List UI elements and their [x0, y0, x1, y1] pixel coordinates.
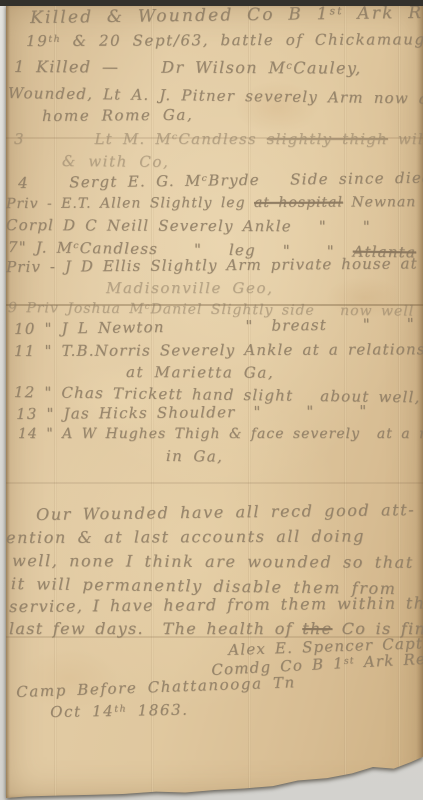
handwritten-text: Wounded, Lt A. J. Pitner severely Arm no…	[8, 84, 423, 108]
handwritten-text: Our Wounded have all recd good att-	[36, 500, 415, 524]
handwritten-text: th	[48, 34, 61, 45]
manuscript-line: service, I have heard from them within t…	[9, 595, 423, 615]
handwritten-text: Madisonville Geo,	[106, 279, 273, 297]
handwritten-text: in Ga,	[166, 447, 223, 465]
manuscript-line: Oct 14th 1863.	[50, 703, 189, 720]
handwritten-text: home Rome Ga,	[42, 106, 193, 125]
handwritten-text: Camp Before Chattanooga Tn	[16, 673, 296, 701]
handwritten-text: st	[344, 655, 355, 667]
handwritten-text: Priv - E.T. Allen Slightly leg	[6, 195, 254, 212]
manuscript-line: Camp Before Chattanooga Tn	[16, 675, 296, 700]
manuscript-line: well, none I think are wounded so that	[12, 553, 414, 571]
manuscript-line: ention & at last accounts all doing	[6, 528, 365, 546]
handwritten-text: Cauley,	[293, 58, 362, 77]
handwritten-text: will	[388, 130, 423, 148]
handwritten-text: th	[114, 703, 127, 714]
handwritten-text: 1863.	[127, 701, 189, 720]
handwritten-text: 13 " Jas Hicks Shoulder " " "	[16, 402, 368, 423]
manuscript-line: 19th & 20 Sept/63, battle of Chickamauga…	[26, 32, 423, 49]
manuscript-line: 13 " Jas Hicks Shoulder " " "	[16, 404, 367, 422]
paper-sheet: Killed & Wounded Co B 1st Ark Regt19th &…	[6, 4, 423, 798]
handwritten-text: 11 " T.B.Norris Severely Ankle at a rela…	[14, 340, 423, 360]
manuscript-line: 4 Sergt E. G. MᶜBryde Side since died	[18, 171, 423, 191]
handwritten-text: Killed & Wounded Co B 1	[30, 4, 330, 28]
handwritten-text: last few days. The health of	[9, 619, 302, 638]
manuscript-line: last few days. The health of the Co is f…	[9, 621, 423, 637]
manuscript-line: 10 " J L Newton " breast " "	[14, 317, 415, 337]
manuscript-line: Our Wounded have all recd good att-	[36, 502, 415, 523]
manuscript-line: Priv - E.T. Allen Slightly leg at hospit…	[6, 195, 423, 211]
handwritten-text: 19	[26, 32, 48, 50]
manuscript-line: at Marietta Ga,	[126, 365, 274, 381]
manuscript-line: & with Co,	[62, 154, 170, 170]
paper-wrap: Killed & Wounded Co B 1st Ark Regt19th &…	[0, 0, 423, 800]
handwritten-text: 4 Sergt E. G. MᶜBryde Side since died	[18, 169, 423, 192]
handwritten-text: at Marietta Ga,	[126, 363, 274, 382]
manuscript-line: Priv - J D Ellis Slightly Arm private ho…	[6, 256, 418, 275]
handwritten-text: 14 " A W Hughes Thigh & face severely at…	[18, 426, 423, 442]
manuscript-line: in Ga,	[166, 449, 223, 464]
manuscript-line: 1 Killed — Dr Wilson McCauley,	[14, 59, 362, 77]
handwritten-text: st	[330, 5, 344, 17]
handwritten-text: Newnan Ga,	[343, 194, 423, 210]
manuscript-line: 14 " A W Hughes Thigh & face severely at…	[18, 427, 423, 441]
handwritten-text: & with Co,	[62, 152, 170, 171]
manuscript-line: Madisonville Geo,	[106, 281, 273, 296]
manuscript-line: Corpl D C Neill Severely Ankle " " " "	[6, 218, 423, 235]
manuscript-line: Wounded, Lt A. J. Pitner severely Arm no…	[8, 86, 423, 107]
handwritten-text: Priv - J D Ellis Slightly Arm private ho…	[6, 254, 418, 276]
struck-text: at hospital	[254, 195, 343, 211]
document-scan: Killed & Wounded Co B 1st Ark Regt19th &…	[0, 0, 423, 800]
scanner-edge-strip	[0, 0, 423, 6]
handwritten-text: service, I have heard from them within t…	[9, 593, 423, 616]
handwritten-text: 1 Killed — Dr Wilson M	[14, 57, 286, 77]
manuscript-line: 3 Lt M. MᶜCandless slightly thigh will	[14, 132, 423, 147]
manuscript-line: 11 " T.B.Norris Severely Ankle at a rela…	[14, 342, 423, 359]
manuscript-line: Killed & Wounded Co B 1st Ark Regt	[30, 4, 423, 27]
manuscript: Killed & Wounded Co B 1st Ark Regt19th &…	[6, 4, 423, 798]
handwritten-text: Oct 14	[50, 702, 114, 721]
struck-text: the	[302, 619, 332, 638]
handwritten-text: Corpl D C Neill Severely Ankle " " " "	[6, 216, 423, 236]
struck-text: slightly thigh	[267, 130, 388, 148]
handwritten-text: well, none I think are wounded so that	[12, 551, 414, 572]
handwritten-text: 10 " J L Newton " breast " "	[14, 315, 415, 338]
manuscript-line: home Rome Ga,	[42, 108, 193, 124]
handwritten-text: 3 Lt M. MᶜCandless	[14, 130, 267, 148]
handwritten-text: ention & at last accounts all doing	[6, 526, 365, 547]
handwritten-text: & 20 Sept/63, battle of Chickamauga Ga,	[61, 30, 423, 50]
handwritten-text: Ark Regt	[354, 649, 423, 672]
